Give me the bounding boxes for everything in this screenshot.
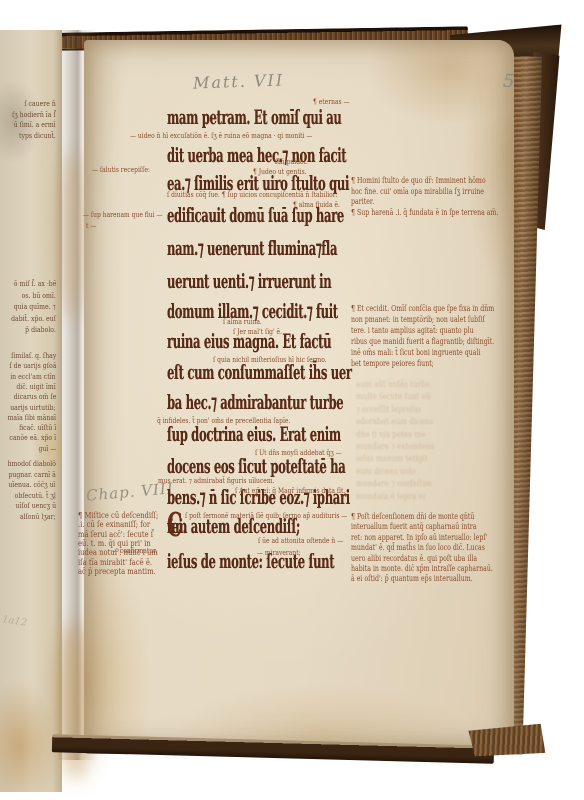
margin-gloss-line: ac̄ p̄ precepta mantim.	[78, 567, 156, 576]
folio-number: 5	[502, 71, 515, 93]
bleedthrough-line: mundare ⁊ extendens	[356, 442, 434, 452]
main-text-line: eſt cum conſummaſſet ih̄s uer	[167, 361, 352, 383]
bleedthrough-line: eum dicens uolo	[356, 467, 416, 477]
main-text-line: ieſus de monte: ſecute ſunt	[167, 550, 334, 572]
main-text-line: ſup doctrina eius. Erat enim	[167, 423, 341, 445]
main-text-line: uerunt uenti.⁊ irruerunt in	[167, 270, 331, 292]
margin-gloss-line: ¶ Et cecidit. Omīſ conſc̄ia que ſpe fixa…	[351, 304, 494, 313]
margin-gloss-line: mā ſerui acc̄': ſecute ſ̄	[78, 530, 153, 539]
interlinear-gloss: ¶ alma fluida ē.	[293, 200, 340, 209]
bleedthrough-line: mundata ē lepra ei'	[356, 492, 427, 502]
interlinear-gloss: — ſalutis recepiſſe:	[92, 165, 150, 174]
margin-gloss-line: habita in monte. dic̄ xp̄m intraſſe caph…	[351, 564, 493, 573]
margin-gloss-line: iudea notuſ': nunc i um	[78, 548, 158, 557]
interlinear-gloss: — uideo n̄ hī excuſatiōn ē. ſʒ ē ruina e…	[130, 131, 312, 140]
manuscript-book-photo: ſ cauere n̄ſʒ hodiern̄ īa ſ̄ū ſimī. a er…	[0, 0, 584, 800]
margin-gloss-line: ¶ Poſt deſcenſionem dn̄i de monte qn̄tū	[351, 512, 474, 521]
margin-gloss-line: hoc fine. cui' omīa opa mirabilia ſʒ irr…	[351, 187, 484, 196]
margin-gloss-line: uero alibi recordatus ē. qui poſt uba il…	[351, 554, 477, 563]
bleedthrough-line: adorabat eum dicens	[356, 417, 433, 427]
margin-gloss-line: ribus que manidi fuerit a flagrantib; di…	[351, 337, 494, 346]
margin-gloss-line: ¶ Miſtice cū deſcendiſſ;	[78, 511, 158, 520]
margin-gloss-line: .i. cū ſe exinaniſſ; for	[78, 520, 150, 529]
interlinear-gloss: t —	[86, 221, 96, 230]
margin-gloss-line: eū. t. m. q̄i qui pri' in	[78, 539, 151, 548]
interlinear-gloss: ſ ūe ad attonita oſtende n̄ —	[258, 536, 343, 545]
margin-gloss-line: tere. i tanto amplius agitat̄: quanto pl…	[351, 326, 474, 335]
interlinear-gloss: ſ poſt ſermonē materiā ſīē quib; ſermo a…	[185, 511, 347, 520]
margin-gloss-line: pariter.	[351, 197, 374, 206]
bleedthrough-line: mundare ⁊ confeſtim	[356, 479, 432, 489]
margin-gloss-line: inē om̄s mali: t̄ ſicut boni ingruente q…	[351, 348, 480, 357]
interlinear-gloss: mus erat. ⁊ admirabat̄ figuris uīlucem.	[158, 476, 274, 485]
interlinear-gloss: ¶ eternas —	[313, 97, 350, 106]
interlinear-gloss: ſ Ut dn̄s moyſi addebat q̄ʒ —	[255, 448, 342, 457]
interlinear-gloss: q̄ infideles. t̄ pon' om̄s de precellent…	[157, 416, 290, 425]
bleedthrough-line: ieſus manum tetigit	[356, 454, 428, 464]
margin-gloss-line: interuallum fuerit antq̄ capharnaū intra	[351, 522, 476, 531]
interlinear-gloss: ſ quia nichil miſterioſius hī hic ſermo.	[213, 355, 327, 364]
main-text-line: docens eos ſicut poteſtatē ha	[167, 455, 345, 477]
faint-pencil-mark: 1a12	[1, 614, 27, 629]
interlinear-gloss: ſān̄ puidet.	[275, 157, 308, 166]
page-content: Matt. VII 5 Chap. VIII 1a12 eum aūt uidē…	[0, 0, 584, 800]
bleedthrough-line: ⁊ acceſſit leproſus	[356, 405, 421, 415]
interlinear-gloss: ſ diuitias cōq̄ ſue. ¶ ſup uicios concup…	[167, 190, 338, 199]
margin-gloss-line: ret: non apparet. In ipſo aū interuallo:…	[351, 533, 487, 542]
main-text-line: dit uerba mea hec.⁊ non facit	[167, 144, 346, 166]
margin-gloss-line: bet tempore peiores fiunt;	[351, 359, 434, 368]
main-text-line: nam.⁊ uenerunt flumina⁊fla	[167, 237, 337, 259]
bleedthrough-line: eum aūt uidēs turbe	[356, 380, 430, 390]
interlinear-gloss: ¶ Judeo ut gentis.	[253, 167, 307, 176]
pencil-heading: Matt. VII	[193, 70, 285, 92]
margin-gloss-line: iſa tīa mirabit' facē ē.	[78, 558, 152, 567]
margin-gloss-line: ¶ Sup harenā .i. q̄ fundata ē in ſpe ter…	[351, 208, 498, 217]
interlinear-gloss: ſ Jer mal't ſig' ē.	[233, 327, 282, 336]
margin-gloss-line: ā ei oſtid': p̄ quantum ep̄s interuallum…	[351, 574, 473, 583]
bleedthrough-line: multe ſecute ſunt eū	[356, 392, 431, 402]
interlinear-gloss: — ſup harenam que flui —	[83, 210, 163, 219]
main-text-line: ba hec.⁊ admirabantur turbe	[167, 391, 343, 413]
bleedthrough-line: dn̄e ſi uis potes me	[356, 430, 425, 440]
main-text-line: mam petram. Et omīſ qui au	[167, 106, 342, 128]
interlinear-gloss: — miraverant;	[257, 548, 301, 557]
margin-gloss-line: mundat' ē. qd̄ math̄s in ſuo loco dic̄. …	[351, 543, 485, 552]
margin-gloss-line: non pmanet: in temptōrib; non ualet ſubſ…	[351, 315, 485, 324]
interlinear-gloss: ſ Aut em̄ ei: q̄ Magr̄ infirmis data ſit…	[235, 486, 345, 495]
margin-gloss-line: ¶ Homini ſtulto de quo dr̄: Imminent hōm…	[351, 176, 486, 185]
interlinear-gloss: ſ alma ruina.	[223, 317, 262, 326]
